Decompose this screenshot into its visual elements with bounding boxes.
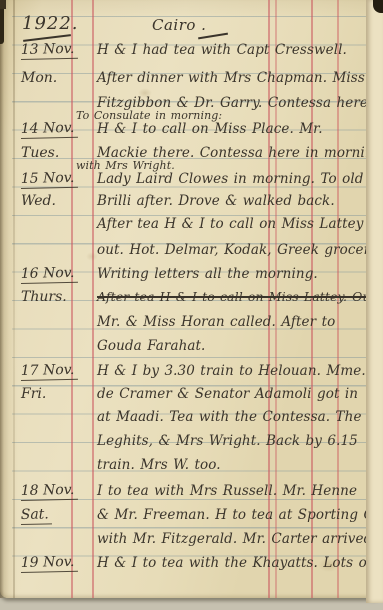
entry-text: train. Mrs W. too.: [97, 457, 221, 473]
diary-page-photo: 1922. Cairo . 13 Nov. H & I had tea with…: [0, 0, 383, 610]
weekday-label: Fri.: [21, 386, 46, 402]
entry-text: Leghits, & Mrs Wright. Back by 6.15: [97, 433, 358, 449]
date-label: 17 Nov.: [21, 362, 78, 381]
weekday-label: Wed.: [21, 193, 56, 209]
weekday-label: Sat.: [21, 506, 52, 525]
diary-line: Mon. After dinner with Mrs Chapman. Miss: [0, 70, 383, 92]
diary-page: 1922. Cairo . 13 Nov. H & I had tea with…: [0, 0, 383, 598]
entry-text: Writing letters all the morning.: [97, 266, 318, 282]
diary-line: 19 Nov. H & I to tea with the Khayatts. …: [0, 555, 383, 577]
entry-text: H & I to tea with the Khayatts. Lots of: [97, 555, 372, 571]
binding-shadow: [0, 0, 18, 598]
entry-text: & Mr. Freeman. H to tea at Sporting Club: [97, 507, 383, 523]
date-label: 14 Nov.: [21, 120, 78, 139]
entry-text-struck: After tea H & I to call on Miss Lattey. …: [97, 289, 380, 304]
entry-text: Brilli after. Drove & walked back.: [97, 193, 335, 209]
diary-line: 18 Nov. I to tea with Mrs Russell. Mr. H…: [0, 483, 383, 505]
entry-text: with Mr. Fitzgerald. Mr. Carter arrived.: [97, 531, 377, 547]
diary-line: 14 Nov. H & I to call on Miss Place. Mr.: [0, 121, 383, 143]
diary-line: Sat. & Mr. Freeman. H to tea at Sporting…: [0, 507, 383, 529]
diary-line: 17 Nov. H & I by 3.30 train to Helouan. …: [0, 363, 383, 385]
diary-line: 13 Nov. H & I had tea with Capt Cresswel…: [0, 42, 383, 64]
entry-text: Lady Laird Clowes in morning. To old: [97, 171, 364, 187]
year-heading: 1922.: [22, 13, 79, 34]
entry-text: H & I to call on Miss Place. Mr.: [97, 121, 323, 137]
date-label: 16 Nov.: [21, 265, 78, 284]
date-label: 15 Nov.: [21, 170, 78, 189]
diary-line: with Mr. Fitzgerald. Mr. Carter arrived.: [0, 531, 383, 553]
entry-text: H & I by 3.30 train to Helouan. Mme.: [97, 363, 366, 379]
entry-text: Mr. & Miss Horan called. After to: [97, 314, 335, 330]
diary-line: Leghits, & Mrs Wright. Back by 6.15: [0, 433, 383, 455]
diary-line: at Maadi. Tea with the Contessa. The: [0, 409, 383, 431]
diary-line: 16 Nov. Writing letters all the morning.: [0, 266, 383, 288]
date-label: 13 Nov.: [21, 41, 78, 60]
diary-line-crossed-out: Thurs. After tea H & I to call on Miss L…: [0, 289, 383, 311]
entry-text: H & I had tea with Capt Cresswell.: [97, 42, 347, 58]
diary-line: Wed. Brilli after. Drove & walked back.: [0, 193, 383, 215]
diary-line: out. Hot. Delmar, Kodak, Greek grocer.: [0, 242, 383, 264]
entry-text: de Cramer & Senator Adamoli got in: [97, 386, 358, 402]
entry-text: at Maadi. Tea with the Contessa. The: [97, 409, 362, 425]
diary-line: Fri. de Cramer & Senator Adamoli got in: [0, 386, 383, 408]
weekday-label: Mon.: [21, 70, 57, 86]
date-label: 19 Nov.: [21, 554, 78, 573]
entry-text: After tea H & I to call on Miss Lattey: [97, 216, 363, 232]
date-label: 18 Nov.: [21, 482, 78, 501]
diary-line: Gouda Farahat.: [0, 338, 383, 360]
diary-line: train. Mrs W. too.: [0, 457, 383, 479]
entry-text: out. Hot. Delmar, Kodak, Greek grocer.: [97, 242, 373, 258]
page-corner-dark: [0, 0, 6, 9]
entry-text: After dinner with Mrs Chapman. Miss: [97, 70, 365, 86]
page-crease: [13, 0, 15, 598]
diary-line: Mr. & Miss Horan called. After to: [0, 314, 383, 336]
entry-text: Gouda Farahat.: [97, 338, 205, 354]
diary-line: 15 Nov. Lady Laird Clowes in morning. To…: [0, 171, 383, 193]
weekday-label: Thurs.: [21, 289, 67, 305]
diary-line: After tea H & I to call on Miss Lattey: [0, 216, 383, 238]
entry-text: I to tea with Mrs Russell. Mr. Henne: [97, 483, 357, 499]
adjacent-page-edge: [366, 0, 383, 603]
page-title: Cairo .: [152, 16, 206, 34]
